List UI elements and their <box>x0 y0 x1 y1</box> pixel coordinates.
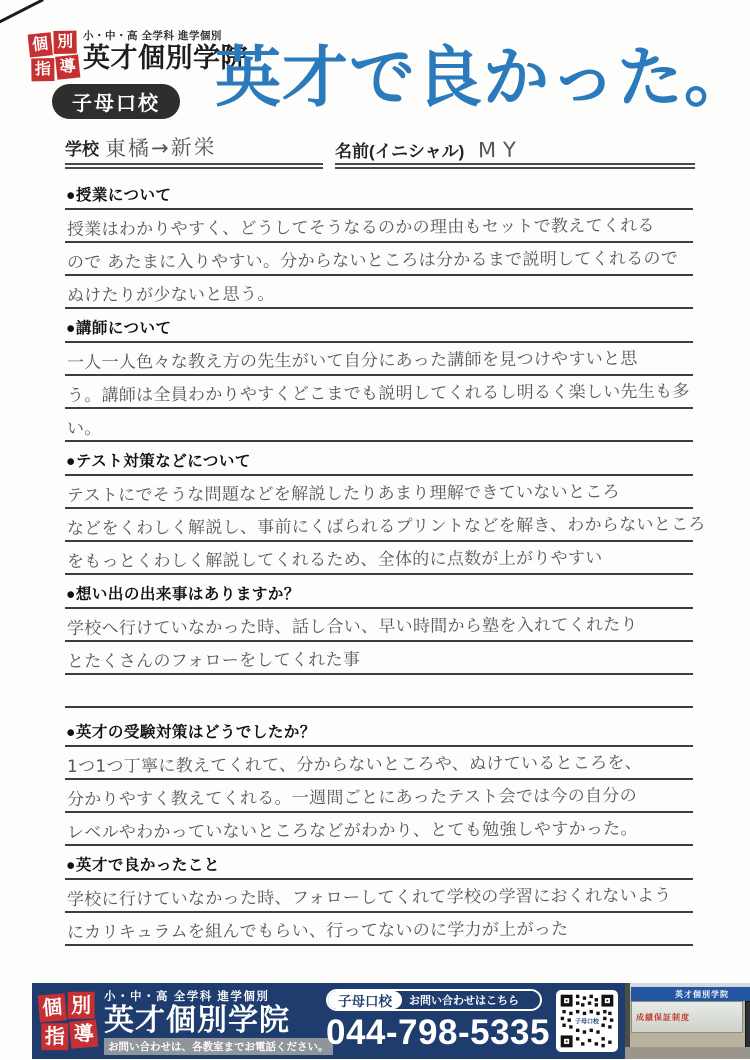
answer-line: テストにでそうな問題などを解説したりあまり理解できていないところ <box>65 476 693 509</box>
section-good-things: ●英才で良かったこと 学校に行けていなかった時、フォローしてくれて学校の学習にお… <box>65 850 693 946</box>
handwritten-text: テストにでそうな問題などを解説したりあまり理解できていないところ <box>67 477 620 506</box>
footer-tagline: 小・中・高 全学科 進学個別 <box>104 988 322 1004</box>
handwritten-text: 学校に行けていなかった時、フォローしてくれて学校の学習におくれないよう <box>67 881 672 910</box>
handwritten-text: ぬけたりが少ないと思う。 <box>67 280 275 306</box>
badge-char: 導 <box>69 1020 98 1049</box>
footer-contact-cta: お問い合わせはこちら <box>402 992 526 1008</box>
handwritten-text: い。 <box>67 414 102 439</box>
answer-line: とたくさんのフォローをしてくれた事 <box>65 642 693 675</box>
answer-line: 学校に行けていなかった時、フォローしてくれて学校の学習におくれないよう <box>65 880 693 913</box>
school-label: 学校 <box>65 135 99 160</box>
answer-line: 一人一人色々な教え方の先生がいて自分にあった講師を見つけやすいと思 <box>65 343 693 376</box>
footer-campus-badge: 子母口校 <box>328 991 402 1009</box>
questionnaire-sections: ●授業について 授業はわかりやすく、どうしてそうなるのかの理由もセットで教えてく… <box>65 180 693 950</box>
scan-artifact <box>0 0 44 25</box>
footer-kobetsu-shidou-badge: 個 別 指 導 <box>38 991 99 1052</box>
answer-line: 分かりやすく教えてくれる。一週間ごとにあったテスト会では今の自分の <box>65 780 693 813</box>
answer-line: い。 <box>65 409 693 442</box>
handwritten-text: をもっとくわしく解説してくれるため、全体的に点数が上がりやすい <box>67 543 603 572</box>
section-heading: ●想い出の出来事はありますか？ <box>65 579 693 609</box>
photo-window: 成績保証制度 <box>631 1001 743 1033</box>
photo-banner-text: 成績保証制度 <box>636 1012 690 1023</box>
answer-line: をもっとくわしく解説してくれるため、全体的に点数が上がりやすい <box>65 542 693 575</box>
handwritten-text: 一人一人色々な教え方の先生がいて自分にあった講師を見つけやすいと思 <box>67 344 638 373</box>
answer-line: レベルやわかっていないところなどがわかり、とても勉強しやすかった。 <box>65 813 693 846</box>
photo-tree <box>625 983 630 1047</box>
page-title: 英才で良かった。 <box>215 24 750 119</box>
storefront-photo: 英才個別学院 成績保証制度 <box>625 983 750 1059</box>
photo-sign: 英才個別学院 <box>631 987 750 1001</box>
section-classes: ●授業について 授業はわかりやすく、どうしてそうなるのかの理由もセットで教えてく… <box>65 180 693 309</box>
badge-char: 指 <box>31 58 54 81</box>
handwritten-text: ので あたまに入りやすい。分からないところは分かるまで説明してくれるので <box>67 244 678 273</box>
qr-code: 子母口校 <box>556 990 618 1052</box>
answer-line <box>65 675 693 708</box>
section-memories: ●想い出の出来事はありますか？ 学校へ行けていなかった時、話し合い、早い時間から… <box>65 579 693 708</box>
handwritten-text: などをくわしく解説し、事前にくばられるプリントなどを解き、わからないところ <box>67 510 706 539</box>
name-field: 名前(イニシャル) MY <box>335 137 695 169</box>
handwritten-text: 学校へ行けていなかった時、話し合い、早い時間から塾を入れてくれたり <box>67 610 638 639</box>
badge-char: 導 <box>55 54 80 79</box>
handwritten-text: レベルやわかっていないところなどがわかり、とても勉強しやすかった。 <box>67 814 638 843</box>
answer-line: ので あたまに入りやすい。分からないところは分かるまで説明してくれるので <box>65 243 693 276</box>
qr-label: 子母口校 <box>574 1017 600 1026</box>
school-value-handwritten: 東橘→新栄 <box>105 131 217 163</box>
badge-char: 個 <box>38 993 67 1022</box>
footer-banner: 個 別 指 導 小・中・高 全学科 進学個別 英才個別学院 お問い合わせは、各教… <box>32 983 722 1059</box>
student-info-row: 学校 東橘→新栄 名前(イニシャル) MY <box>65 132 695 169</box>
handwritten-text: 分かりやすく教えてくれる。一週間ごとにあったテスト会では今の自分の <box>67 781 637 810</box>
handwritten-text: 1つ1つ丁寧に教えてくれて、分からないところや、ぬけているところを、 <box>67 748 642 777</box>
section-exam-prep: ●英才の受験対策はどうでしたか？ 1つ1つ丁寧に教えてくれて、分からないところや… <box>65 717 693 846</box>
footer-contact-note: お問い合わせは、各教室までお電話ください。 <box>104 1038 333 1055</box>
badge-char: 指 <box>41 1023 68 1050</box>
school-logo: 個 別 指 導 小・中・高 全学科 進学個別 英才個別学院 子母口校 <box>30 28 210 119</box>
footer-phone-number: 044-798-5335 <box>326 1012 554 1054</box>
photo-door <box>745 1001 750 1049</box>
badge-char: 個 <box>28 32 53 57</box>
footer-school-name: 英才個別学院 <box>104 1004 322 1037</box>
answer-line: う。講師は全員わかりやすくどこまでも説明してくれるし明るく楽しい先生も多 <box>65 376 693 409</box>
handwritten-text: う。講師は全員わかりやすくどこまでも説明してくれるし明るく楽しい先生も多 <box>67 377 690 406</box>
section-heading: ●テスト対策などについて <box>65 446 693 476</box>
footer-contact-block: 子母口校 お問い合わせはこちら 044-798-5335 <box>326 989 554 1054</box>
badge-char: 別 <box>53 31 76 54</box>
kobetsu-shidou-badge: 個 別 指 導 <box>28 30 81 83</box>
footer-school-block: 小・中・高 全学科 進学個別 英才個別学院 お問い合わせは、各教室までお電話くだ… <box>104 988 322 1055</box>
answer-line: 1つ1つ丁寧に教えてくれて、分からないところや、ぬけているところを、 <box>65 747 693 780</box>
section-instructors: ●講師について 一人一人色々な教え方の先生がいて自分にあった講師を見つけやすいと… <box>65 313 693 442</box>
handwritten-text: 授業はわかりやすく、どうしてそうなるのかの理由もセットで教えてくれる <box>67 211 655 240</box>
campus-pill: 子母口校 <box>52 84 180 119</box>
photo-sidewalk <box>625 1047 750 1059</box>
scanned-testimonial-page: { "header": { "logo": { "badge_chars": [… <box>0 0 750 1060</box>
handwritten-text: とたくさんのフォローをしてくれた事 <box>67 645 360 672</box>
section-test-prep: ●テスト対策などについて テストにでそうな問題などを解説したりあまり理解できてい… <box>65 446 693 575</box>
section-heading: ●英才で良かったこと <box>65 850 693 880</box>
section-heading: ●授業について <box>65 180 693 210</box>
answer-line: ぬけたりが少ないと思う。 <box>65 276 693 309</box>
handwritten-text: にカリキュラムを組んでもらい、行ってないのに学力が上がった <box>67 914 569 943</box>
section-heading: ●講師について <box>65 313 693 343</box>
name-label: 名前(イニシャル) <box>335 137 464 162</box>
badge-char: 別 <box>68 992 95 1019</box>
section-heading: ●英才の受験対策はどうでしたか？ <box>65 717 693 747</box>
school-field: 学校 東橘→新栄 <box>65 132 323 169</box>
footer-cta-row: 子母口校 お問い合わせはこちら <box>326 989 542 1011</box>
answer-line: にカリキュラムを組んでもらい、行ってないのに学力が上がった <box>65 913 693 946</box>
name-value-handwritten: MY <box>478 138 523 163</box>
answer-line: などをくわしく解説し、事前にくばられるプリントなどを解き、わからないところ <box>65 509 693 542</box>
answer-line: 授業はわかりやすく、どうしてそうなるのかの理由もセットで教えてくれる <box>65 210 693 243</box>
header: 個 別 指 導 小・中・高 全学科 進学個別 英才個別学院 子母口校 英才で良か… <box>30 24 730 126</box>
answer-line: 学校へ行けていなかった時、話し合い、早い時間から塾を入れてくれたり <box>65 609 693 642</box>
